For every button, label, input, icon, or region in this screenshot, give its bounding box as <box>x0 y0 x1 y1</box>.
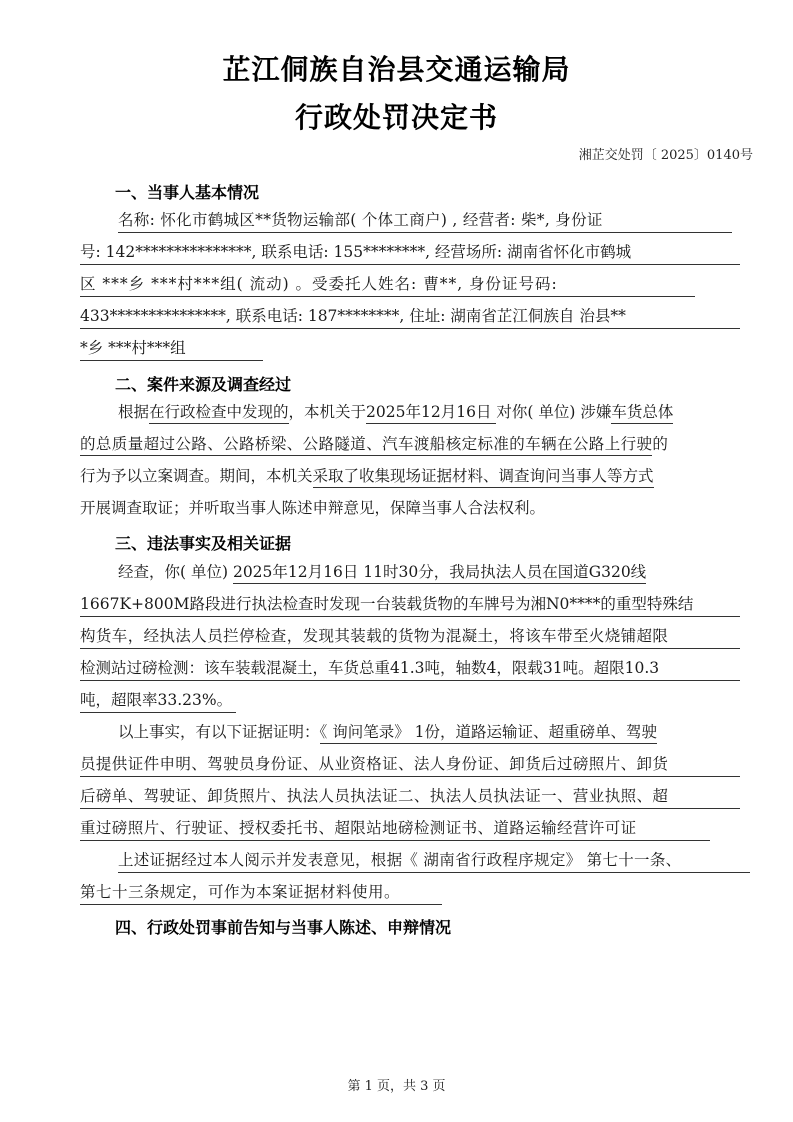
text: 对你( 单位) 涉嫌 <box>496 403 611 421</box>
section-heading-violation-facts: 三、违法事实及相关证据 <box>115 531 291 554</box>
evidence-confirmation-line: 第七十三条规定，可作为本案证据材料使用。 <box>80 882 442 905</box>
case-source-line: 的总质量超过公路、公路桥梁、公路隧道、汽车渡船核定标准的车辆在公路上行驶的 <box>80 434 668 454</box>
facts-line: 检测站过磅检测：该车装载混凝土，车货总重41.3吨，轴数4，限载31吨。超限10… <box>80 658 740 681</box>
evidence-line: 以上事实，有以下证据证明：《 询问笔录》 1份，道路运输证、超重磅单、驾驶 <box>118 722 657 742</box>
facts-line: 吨，超限率33.23%。 <box>80 690 236 713</box>
investigation-methods: 采取了收集现场证据材料、调查询问当事人等方式 <box>313 467 654 488</box>
document-number: 湘芷交处罚〔 2025〕0140号 <box>579 144 753 163</box>
text: 的 <box>652 435 668 453</box>
section-heading-party-info: 一、当事人基本情况 <box>115 180 259 203</box>
evidence-line: 后磅单、驾驶证、卸货照片、执法人员执法证二、执法人员执法证一、营业执照、超 <box>80 786 740 809</box>
evidence-line: 员提供证件申明、驾驶员身份证、从业资格证、法人身份证、卸货后过磅照片、卸货 <box>80 754 740 777</box>
case-source-line: 行为予以立案调查。期间，本机关采取了收集现场证据材料、调查询问当事人等方式 <box>80 466 654 486</box>
page-indicator: 第 1 页，共 3 页 <box>0 1075 793 1094</box>
underlined-text: 车货总体 <box>611 403 673 424</box>
agency-title: 芷江侗族自治县交通运输局 <box>0 48 793 88</box>
party-info-line: *乡 ***村***组 <box>80 338 263 361</box>
text: 行为予以立案调查。期间，本机关 <box>80 467 313 485</box>
violation-description: 的总质量超过公路、公路桥梁、公路隧道、汽车渡船核定标准的车辆在公路上行驶 <box>80 435 652 456</box>
text: 经查，你( 单位) <box>118 563 233 581</box>
evidence-line: 重过磅照片、行驶证、授权委托书、超限站地磅检测证书、道路运输经营许可证 <box>80 818 710 841</box>
section-heading-prior-notice: 四、行政处罚事前告知与当事人陈述、申辩情况 <box>115 915 451 938</box>
underlined-text: 在行政检查中发现的 <box>149 403 289 424</box>
party-info-line: 号: 142***************, 联系电话: 155********… <box>80 242 740 265</box>
case-date: 2025年12月16日 <box>366 403 496 424</box>
evidence-confirmation-line: 上述证据经过本人阅示并发表意见，根据《 湖南省行政程序规定》 第七十一条、 <box>118 850 750 873</box>
text: 根据 <box>118 403 149 421</box>
case-source-line: 开展调查取证；并听取当事人陈述申辩意见，保障当事人合法权利。 <box>80 498 545 518</box>
facts-line: 经查，你( 单位) 2025年12月16日 11时30分，我局执法人员在国道G3… <box>118 562 646 582</box>
evidence-list: 《 询问笔录》 1份，道路运输证、超重磅单、驾驶 <box>320 723 657 744</box>
party-info-line: 名称: 怀化市鹤城区**货物运输部( 个体工商户) , 经营者: 柴*, 身份证 <box>118 210 732 233</box>
facts-line: 构货车，经执法人员拦停检查，发现其装载的货物为混凝土，将该车带至火烧铺超限 <box>80 626 740 649</box>
section-heading-case-source: 二、案件来源及调查经过 <box>115 372 291 395</box>
party-info-line: 区 ***乡 ***村***组( 流动) 。受委托人姓名: 曹**, 身份证号码… <box>80 274 695 297</box>
text: ，本机关于 <box>289 403 367 421</box>
underlined-text: 2025年12月16日 11时30分，我局执法人员在国道G320线 <box>233 563 646 584</box>
text: 以上事实，有以下证据证明： <box>118 723 320 741</box>
party-info-line: 433***************, 联系电话: 187********, 住… <box>80 306 740 329</box>
case-source-line: 根据在行政检查中发现的，本机关于2025年12月16日 对你( 单位) 涉嫌车货… <box>118 402 673 422</box>
document-title: 行政处罚决定书 <box>0 96 793 136</box>
facts-line: 1667K+800M路段进行执法检查时发现一台装载货物的车牌号为湘N0****的… <box>80 594 740 617</box>
